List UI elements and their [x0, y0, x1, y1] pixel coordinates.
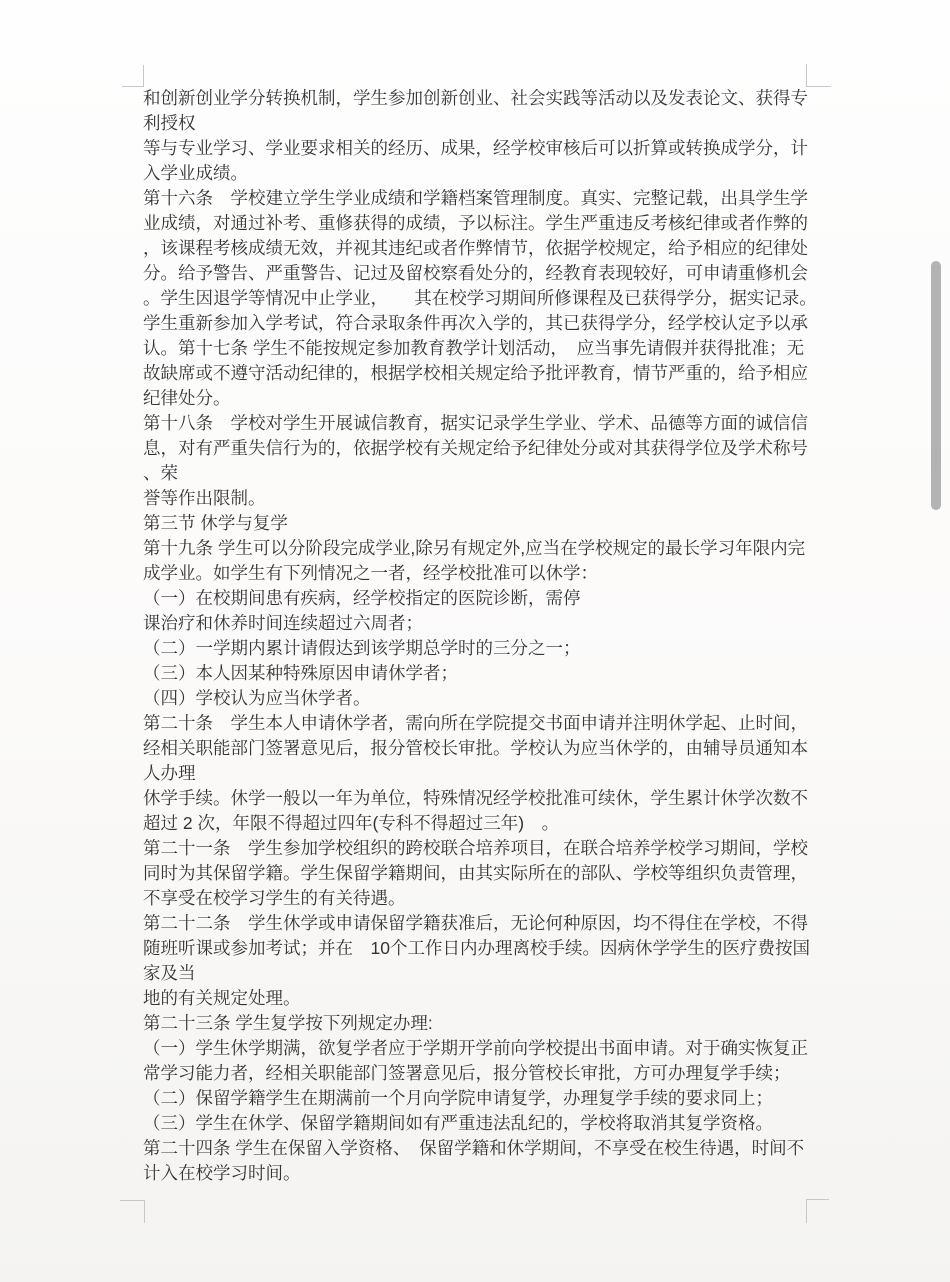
document-line: 入学业成绩。 [143, 161, 843, 186]
document-line: 誉等作出限制。 [143, 486, 843, 511]
document-line: 不享受在校学习学生的有关待遇。 [143, 886, 843, 911]
document-text-block: 和创新创业学分转换机制，学生参加创新创业、社会实践等活动以及发表论文、获得专 利… [143, 86, 843, 1186]
document-line: 休学手续。休学一般以一年为单位，特殊情况经学校批准可续休，学生累计休学次数不 [143, 786, 843, 811]
document-list-item: （一）学生休学期满，欲复学者应于学期开学前向学校提出书面申请。对于确实恢复正 [143, 1036, 843, 1061]
document-list-item: （三）学生在休学、保留学籍期间如有严重违法乱纪的，学校将取消其复学资格。 [143, 1111, 843, 1136]
document-line: 。学生因退学等情况中止学业， 其在校学习期间所修课程及已获得学分，据实记录。 [143, 286, 843, 311]
crop-mark-top-left-icon [122, 65, 144, 87]
document-line: 超过 2 次，年限不得超过四年(专科不得超过三年) 。 [143, 811, 843, 836]
document-line: 第二十二条 学生休学或申请保留学籍获准后，无论何种原因，均不得住在学校，不得 [143, 911, 843, 936]
document-line: 同时为其保留学籍。学生保留学籍期间，由其实际所在的部队、学校等组织负责管理， [143, 861, 843, 886]
document-line: 计入在校学习时间。 [143, 1161, 843, 1186]
document-line: 第十九条 学生可以分阶段完成学业,除另有规定外,应当在学校规定的最长学习年限内完 [143, 536, 843, 561]
document-line: 地的有关规定处理。 [143, 986, 843, 1011]
document-list-item: （一）在校期间患有疾病，经学校指定的医院诊断，需停 [143, 586, 843, 611]
crop-mark-bottom-left-icon [120, 1200, 145, 1223]
document-line: 成学业。如学生有下列情况之一者，经学校批准可以休学： [143, 561, 843, 586]
crop-mark-bottom-right-icon [806, 1199, 829, 1223]
document-line: 第二十三条 学生复学按下列规定办理: [143, 1011, 843, 1036]
document-line: 第十八条 学校对学生开展诚信教育，据实记录学生学业、学术、品德等方面的诚信信 [143, 411, 843, 436]
document-line: 课治疗和休养时间连续超过六周者； [143, 611, 843, 636]
document-line: 常学习能力者，经相关职能部门签署意见后，报分管校长审批，方可办理复学手续； [143, 1061, 843, 1086]
document-line: 业成绩，对通过补考、重修获得的成绩，予以标注。学生严重违反考核纪律或者作弊的 [143, 211, 843, 236]
document-list-item: （四）学校认为应当休学者。 [143, 686, 843, 711]
document-page: 和创新创业学分转换机制，学生参加创新创业、社会实践等活动以及发表论文、获得专 利… [0, 0, 950, 1282]
document-line: 随班听课或参加考试；并在 10个工作日内办理离校手续。因病休学学生的医疗费按国 [143, 936, 843, 961]
document-list-item: （三）本人因某种特殊原因申请休学者； [143, 661, 843, 686]
document-line: 故缺席或不遵守活动纪律的，根据学校相关规定给予批评教育，情节严重的，给予相应 [143, 361, 843, 386]
document-line: 第二十条 学生本人申请休学者，需向所在学院提交书面申请并注明休学起、止时间， [143, 711, 843, 736]
crop-mark-top-right-icon [806, 64, 831, 87]
document-list-item: （二）一学期内累计请假达到该学期总学时的三分之一； [143, 636, 843, 661]
document-line: ，该课程考核成绩无效，并视其违纪或者作弊情节，依据学校规定，给予相应的纪律处 [143, 236, 843, 261]
document-line: 等与专业学习、学业要求相关的经历、成果，经学校审核后可以折算或转换成学分，计 [143, 136, 843, 161]
document-line: 利授权 [143, 111, 843, 136]
document-line: 、荣 [143, 461, 843, 486]
document-line: 认。第十七条 学生不能按规定参加教育教学计划活动， 应当事先请假并获得批准；无 [143, 336, 843, 361]
document-line: 第二十四条 学生在保留入学资格、 保留学籍和休学期间，不享受在校生待遇，时间不 [143, 1136, 843, 1161]
document-line: 学生重新参加入学考试，符合录取条件再次入学的，其已获得学分，经学校认定予以承 [143, 311, 843, 336]
document-line: 息，对有严重失信行为的，依据学校有关规定给予纪律处分或对其获得学位及学术称号 [143, 436, 843, 461]
document-section-heading: 第三节 休学与复学 [143, 511, 843, 536]
document-line: 纪律处分。 [143, 386, 843, 411]
document-line: 第十六条 学校建立学生学业成绩和学籍档案管理制度。真实、完整记载，出具学生学 [143, 186, 843, 211]
document-list-item: （二）保留学籍学生在期满前一个月向学院申请复学，办理复学手续的要求同上； [143, 1086, 843, 1111]
document-line: 人办理 [143, 761, 843, 786]
document-line: 分。给予警告、严重警告、记过及留校察看处分的，经教育表现较好，可申请重修机会 [143, 261, 843, 286]
document-line: 家及当 [143, 961, 843, 986]
document-line: 和创新创业学分转换机制，学生参加创新创业、社会实践等活动以及发表论文、获得专 [143, 86, 843, 111]
scrollbar-thumb[interactable] [931, 261, 941, 510]
document-line: 经相关职能部门签署意见后，报分管校长审批。学校认为应当休学的，由辅导员通知本 [143, 736, 843, 761]
document-line: 第二十一条 学生参加学校组织的跨校联合培养项目，在联合培养学校学习期间，学校 [143, 836, 843, 861]
